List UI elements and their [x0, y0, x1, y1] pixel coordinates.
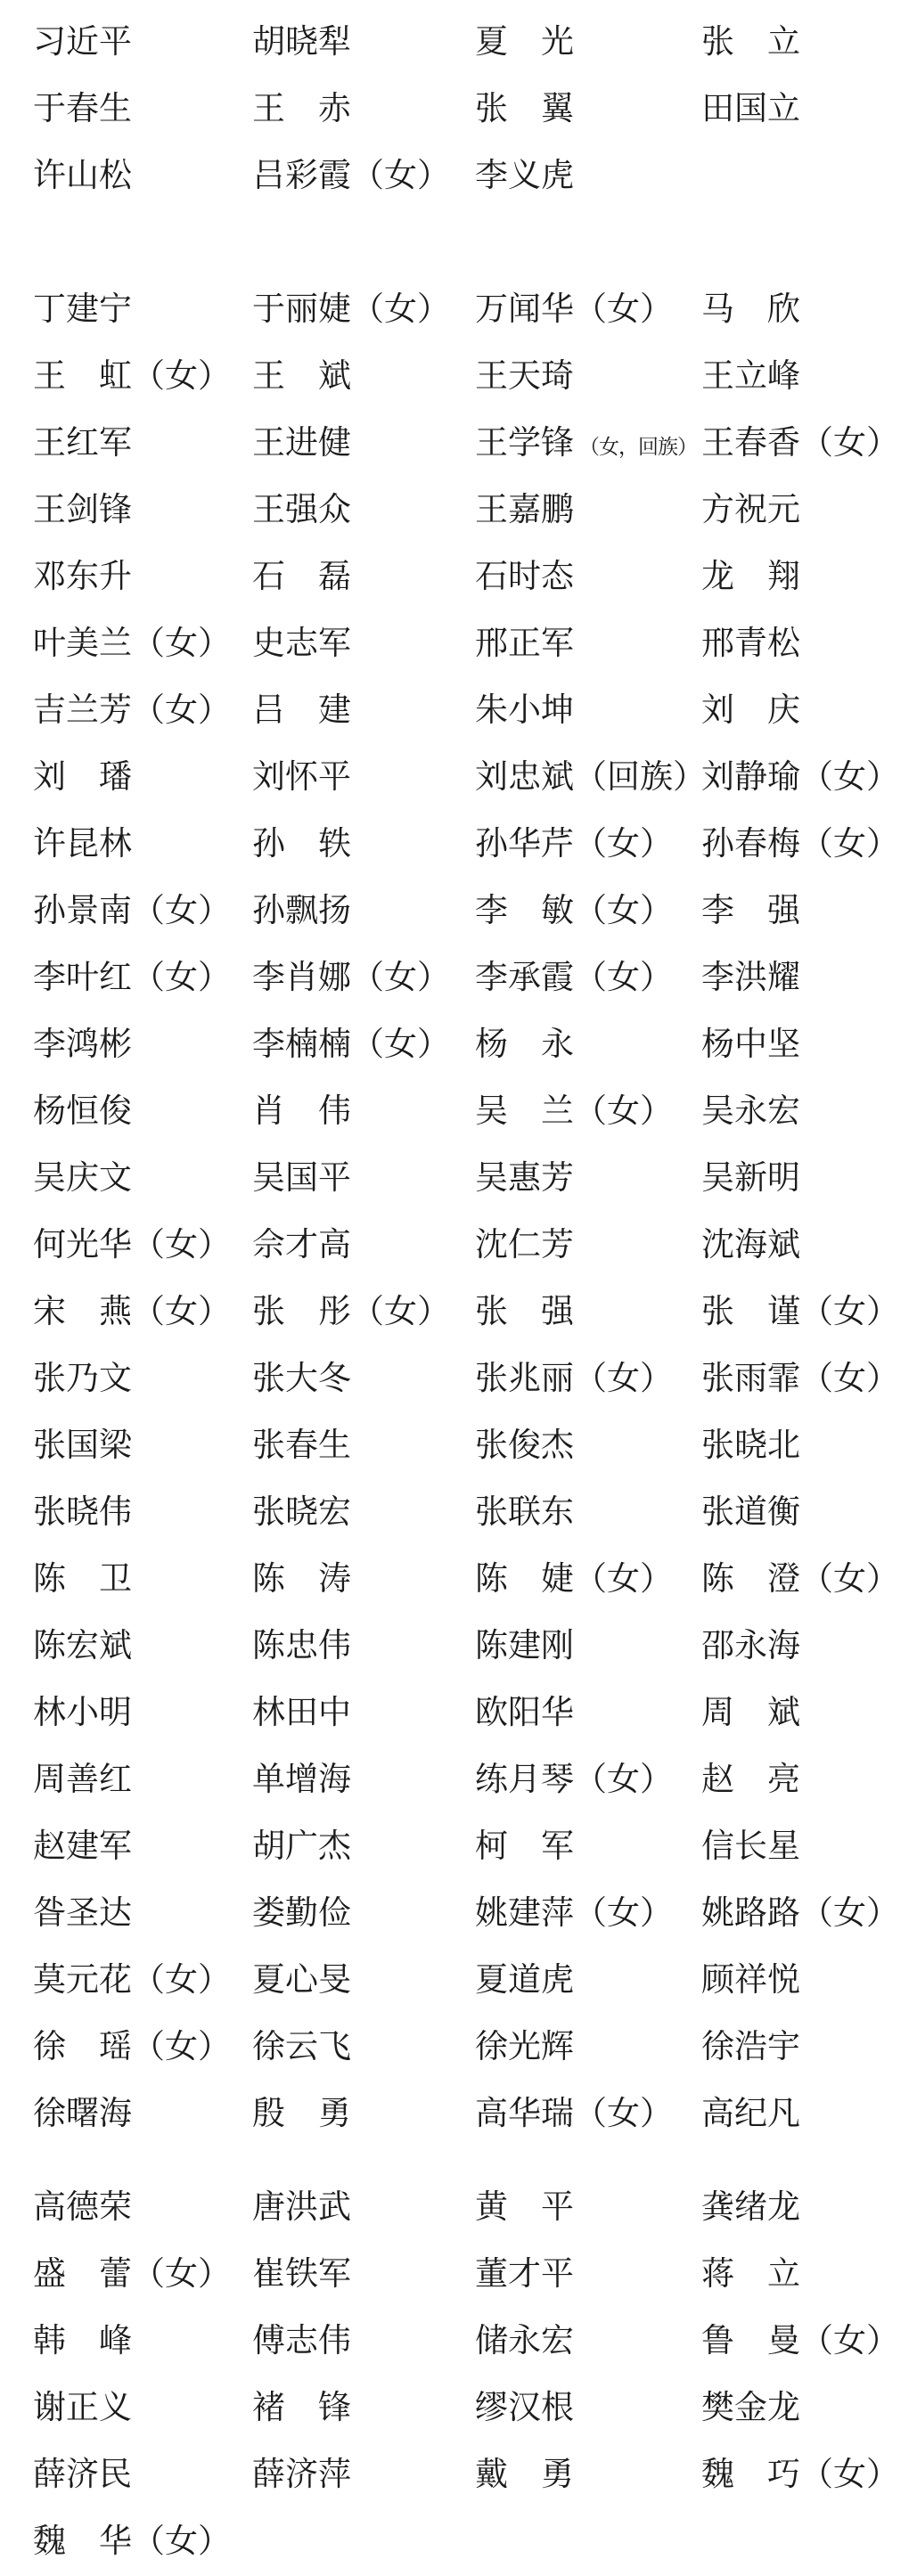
delegate-name: 陈 卫: [33, 1546, 252, 1613]
delegate-name: 佘才高: [252, 1212, 475, 1279]
name-row: 莫元花（女）夏心旻夏道虎顾祥悦: [0, 1947, 917, 2014]
delegate-name: 邢正军: [475, 610, 701, 677]
delegate-name: 宋 燕（女）: [33, 1279, 252, 1345]
name-row: 习近平胡晓犁夏 光张 立: [0, 9, 917, 76]
delegate-name: 方祝元: [701, 477, 917, 544]
name-group-1: 习近平胡晓犁夏 光张 立于春生王 赤张 翼田国立许山松吕彩霞（女）李义虎: [0, 9, 917, 209]
delegate-name: 张 谨（女）: [701, 1279, 917, 1345]
delegate-name: 薛济萍: [252, 2441, 475, 2508]
delegate-name: 吴惠芳: [475, 1145, 701, 1212]
delegate-name: 魏 华（女）: [33, 2508, 252, 2575]
delegate-name: 孙 轶: [252, 811, 475, 878]
name-row: 李叶红（女）李肖娜（女）李承霞（女）李洪耀: [0, 945, 917, 1011]
delegate-name: 林小明: [33, 1680, 252, 1746]
delegate-name: 单增海: [252, 1746, 475, 1813]
delegate-name: 王嘉鹏: [475, 477, 701, 544]
delegate-name: 沈海斌: [701, 1212, 917, 1279]
delegate-name: 杨恒俊: [33, 1078, 252, 1145]
delegate-name: [252, 2508, 475, 2575]
delegate-name: 吴新明: [701, 1145, 917, 1212]
delegate-name: 高华瑞（女）: [475, 2081, 701, 2147]
delegate-name: 邓东升: [33, 544, 252, 610]
name-row: 许昆林孙 轶孙华芹（女）孙春梅（女）: [0, 811, 917, 878]
name-list-page: 习近平胡晓犁夏 光张 立于春生王 赤张 翼田国立许山松吕彩霞（女）李义虎 丁建宁…: [0, 0, 917, 2576]
delegate-name: 戴 勇: [475, 2441, 701, 2508]
delegate-name: 龚绪龙: [701, 2174, 917, 2241]
name-row: 李鸿彬李楠楠（女）杨 永杨中坚: [0, 1011, 917, 1078]
delegate-name: 朱小坤: [475, 677, 701, 744]
delegate-name: 王 虹（女）: [33, 343, 252, 410]
delegate-name: 吕 建: [252, 677, 475, 744]
delegate-name: 张晓宏: [252, 1479, 475, 1546]
delegate-name: 杨 永: [475, 1011, 701, 1078]
delegate-name: 吉兰芳（女）: [33, 677, 252, 744]
name-row: 昝圣达娄勤俭姚建萍（女）姚路路（女）: [0, 1880, 917, 1947]
delegate-name: [701, 143, 917, 209]
delegate-name: 陈建刚: [475, 1613, 701, 1680]
name-row: 叶美兰（女）史志军邢正军邢青松: [0, 610, 917, 677]
delegate-name: 夏道虎: [475, 1947, 701, 2014]
name-row: 高德荣唐洪武黄 平龚绪龙: [0, 2174, 917, 2241]
name-row: 谢正义褚 锋缪汉根樊金龙: [0, 2375, 917, 2441]
name-row: 刘 璠刘怀平刘忠斌（回族）刘静瑜（女）: [0, 744, 917, 811]
delegate-name: 徐 瑶（女）: [33, 2014, 252, 2081]
delegate-name: 张春生: [252, 1412, 475, 1479]
delegate-name: 邢青松: [701, 610, 917, 677]
delegate-name: 夏心旻: [252, 1947, 475, 2014]
delegate-name: 于春生: [33, 76, 252, 143]
delegate-name: 林田中: [252, 1680, 475, 1746]
name-row: 于春生王 赤张 翼田国立: [0, 76, 917, 143]
name-row: 王红军王进健王学锋（女，回族）王春香（女）: [0, 410, 917, 477]
delegate-name: 王剑锋: [33, 477, 252, 544]
delegate-name: 何光华（女）: [33, 1212, 252, 1279]
delegate-name: 褚 锋: [252, 2375, 475, 2441]
name-row: 盛 蕾（女）崔铁军董才平蒋 立: [0, 2241, 917, 2308]
delegate-name: 张道衡: [701, 1479, 917, 1546]
delegate-name: 黄 平: [475, 2174, 701, 2241]
delegate-name: 缪汉根: [475, 2375, 701, 2441]
delegate-name: 李 强: [701, 878, 917, 945]
delegate-name: 邵永海: [701, 1613, 917, 1680]
delegate-name: 张晓伟: [33, 1479, 252, 1546]
delegate-name: 盛 蕾（女）: [33, 2241, 252, 2308]
delegate-name: 田国立: [701, 76, 917, 143]
delegate-name: 许昆林: [33, 811, 252, 878]
delegate-name: 赵 亮: [701, 1746, 917, 1813]
delegate-name: 韩 峰: [33, 2308, 252, 2375]
delegate-name: 王红军: [33, 410, 252, 477]
name-row: 张乃文张大冬张兆丽（女）张雨霏（女）: [0, 1345, 917, 1412]
delegate-name: 顾祥悦: [701, 1947, 917, 2014]
delegate-name: 殷 勇: [252, 2081, 475, 2147]
delegate-name: 张 彤（女）: [252, 1279, 475, 1345]
delegate-name: 孙春梅（女）: [701, 811, 917, 878]
delegate-name: 昝圣达: [33, 1880, 252, 1947]
delegate-name: 杨中坚: [701, 1011, 917, 1078]
delegate-name: 信长星: [701, 1813, 917, 1880]
delegate-name: 薛济民: [33, 2441, 252, 2508]
delegate-name: 欧阳华: [475, 1680, 701, 1746]
delegate-name: 傅志伟: [252, 2308, 475, 2375]
delegate-name: 周 斌: [701, 1680, 917, 1746]
delegate-name: 吕彩霞（女）: [252, 143, 475, 209]
name-row: 林小明林田中欧阳华周 斌: [0, 1680, 917, 1746]
delegate-name: 孙华芹（女）: [475, 811, 701, 878]
delegate-name: 胡广杰: [252, 1813, 475, 1880]
delegate-name: 徐云飞: [252, 2014, 475, 2081]
delegate-name: 习近平: [33, 9, 252, 76]
name-row: 何光华（女）佘才高沈仁芳沈海斌: [0, 1212, 917, 1279]
delegate-name: 沈仁芳: [475, 1212, 701, 1279]
delegate-name: 高纪凡: [701, 2081, 917, 2147]
name-row: 丁建宁于丽婕（女）万闻华（女）马 欣: [0, 276, 917, 343]
delegate-name: 李鸿彬: [33, 1011, 252, 1078]
delegate-name: 蒋 立: [701, 2241, 917, 2308]
delegate-name: 王 斌: [252, 343, 475, 410]
delegate-name: 柯 军: [475, 1813, 701, 1880]
delegate-name: 董才平: [475, 2241, 701, 2308]
delegate-name: 张联东: [475, 1479, 701, 1546]
name-group-3: 高德荣唐洪武黄 平龚绪龙盛 蕾（女）崔铁军董才平蒋 立韩 峰傅志伟储永宏鲁 曼（…: [0, 2174, 917, 2575]
name-row: 徐 瑶（女）徐云飞徐光辉徐浩宇: [0, 2014, 917, 2081]
delegate-name: 于丽婕（女）: [252, 276, 475, 343]
delegate-name: 石 磊: [252, 544, 475, 610]
delegate-name: [475, 2508, 701, 2575]
name-row: 许山松吕彩霞（女）李义虎: [0, 143, 917, 209]
delegate-name: 王学锋（女，回族）: [475, 410, 701, 477]
delegate-name: 徐曙海: [33, 2081, 252, 2147]
delegate-name: 练月琴（女）: [475, 1746, 701, 1813]
delegate-name: 胡晓犁: [252, 9, 475, 76]
delegate-name: 陈 涛: [252, 1546, 475, 1613]
delegate-name: 许山松: [33, 143, 252, 209]
name-row: 王剑锋王强众王嘉鹏方祝元: [0, 477, 917, 544]
delegate-name: 李肖娜（女）: [252, 945, 475, 1011]
delegate-name: 李义虎: [475, 143, 701, 209]
delegate-name: 张大冬: [252, 1345, 475, 1412]
delegate-name: 张乃文: [33, 1345, 252, 1412]
delegate-name: 陈忠伟: [252, 1613, 475, 1680]
name-row: 韩 峰傅志伟储永宏鲁 曼（女）: [0, 2308, 917, 2375]
delegate-name: 王进健: [252, 410, 475, 477]
delegate-name: 王春香（女）: [701, 410, 917, 477]
delegate-name: 王强众: [252, 477, 475, 544]
delegate-name: 高德荣: [33, 2174, 252, 2241]
name-row: 赵建军胡广杰柯 军信长星: [0, 1813, 917, 1880]
delegate-name: 张晓北: [701, 1412, 917, 1479]
delegate-name: 陈 澄（女）: [701, 1546, 917, 1613]
delegate-name: 王 赤: [252, 76, 475, 143]
delegate-name: 刘忠斌（回族）: [475, 744, 701, 811]
delegate-name: 刘 庆: [701, 677, 917, 744]
delegate-name: 吴国平: [252, 1145, 475, 1212]
name-row: 陈 卫陈 涛陈 婕（女）陈 澄（女）: [0, 1546, 917, 1613]
delegate-name: 孙景南（女）: [33, 878, 252, 945]
delegate-name: 刘静瑜（女）: [701, 744, 917, 811]
gender-ethnic-note: （女，回族）: [579, 436, 697, 458]
delegate-name: 李 敏（女）: [475, 878, 701, 945]
delegate-name: 石时态: [475, 544, 701, 610]
name-row: 吴庆文吴国平吴惠芳吴新明: [0, 1145, 917, 1212]
delegate-name: 魏 巧（女）: [701, 2441, 917, 2508]
delegate-name: 李楠楠（女）: [252, 1011, 475, 1078]
delegate-name: 张兆丽（女）: [475, 1345, 701, 1412]
delegate-name: 叶美兰（女）: [33, 610, 252, 677]
delegate-name: 吴庆文: [33, 1145, 252, 1212]
name-row: 邓东升石 磊石时态龙 翔: [0, 544, 917, 610]
delegate-name: 刘怀平: [252, 744, 475, 811]
name-row: 薛济民薛济萍戴 勇魏 巧（女）: [0, 2441, 917, 2508]
delegate-name: 姚路路（女）: [701, 1880, 917, 1947]
delegate-name: 张 强: [475, 1279, 701, 1345]
delegate-name: 崔铁军: [252, 2241, 475, 2308]
delegate-name: 李叶红（女）: [33, 945, 252, 1011]
delegate-name: 吴永宏: [701, 1078, 917, 1145]
delegate-name: 马 欣: [701, 276, 917, 343]
name-row: 杨恒俊肖 伟吴 兰（女）吴永宏: [0, 1078, 917, 1145]
delegate-name: 史志军: [252, 610, 475, 677]
delegate-name: 王立峰: [701, 343, 917, 410]
delegate-name: 李承霞（女）: [475, 945, 701, 1011]
name-group-2: 丁建宁于丽婕（女）万闻华（女）马 欣王 虹（女）王 斌王天琦王立峰王红军王进健王…: [0, 276, 917, 2147]
name-row: 徐曙海殷 勇高华瑞（女）高纪凡: [0, 2081, 917, 2147]
name-row: 宋 燕（女）张 彤（女）张 强张 谨（女）: [0, 1279, 917, 1345]
name-row: 张国梁张春生张俊杰张晓北: [0, 1412, 917, 1479]
delegate-name: 肖 伟: [252, 1078, 475, 1145]
delegate-name: 陈 婕（女）: [475, 1546, 701, 1613]
delegate-name: 张国梁: [33, 1412, 252, 1479]
delegate-name: 姚建萍（女）: [475, 1880, 701, 1947]
delegate-name: 张雨霏（女）: [701, 1345, 917, 1412]
delegate-name: [701, 2508, 917, 2575]
delegate-name: 龙 翔: [701, 544, 917, 610]
delegate-name: 陈宏斌: [33, 1613, 252, 1680]
delegate-name: 万闻华（女）: [475, 276, 701, 343]
delegate-name: 徐浩宇: [701, 2014, 917, 2081]
delegate-name: 王天琦: [475, 343, 701, 410]
delegate-name: 赵建军: [33, 1813, 252, 1880]
name-row: 周善红单增海练月琴（女）赵 亮: [0, 1746, 917, 1813]
delegate-name: 储永宏: [475, 2308, 701, 2375]
delegate-name: 娄勤俭: [252, 1880, 475, 1947]
delegate-name: 吴 兰（女）: [475, 1078, 701, 1145]
delegate-name: 鲁 曼（女）: [701, 2308, 917, 2375]
name-row: 张晓伟张晓宏张联东张道衡: [0, 1479, 917, 1546]
delegate-name: 张 翼: [475, 76, 701, 143]
delegate-name: 张俊杰: [475, 1412, 701, 1479]
delegate-name: 孙飘扬: [252, 878, 475, 945]
delegate-name: 徐光辉: [475, 2014, 701, 2081]
delegate-name: 张 立: [701, 9, 917, 76]
name-row: 孙景南（女）孙飘扬李 敏（女）李 强: [0, 878, 917, 945]
delegate-name: 樊金龙: [701, 2375, 917, 2441]
delegate-name: 谢正义: [33, 2375, 252, 2441]
delegate-name: 周善红: [33, 1746, 252, 1813]
delegate-name: 唐洪武: [252, 2174, 475, 2241]
delegate-name: 刘 璠: [33, 744, 252, 811]
name-row: 吉兰芳（女）吕 建朱小坤刘 庆: [0, 677, 917, 744]
name-row: 陈宏斌陈忠伟陈建刚邵永海: [0, 1613, 917, 1680]
delegate-name: 夏 光: [475, 9, 701, 76]
delegate-name: 李洪耀: [701, 945, 917, 1011]
delegate-name: 莫元花（女）: [33, 1947, 252, 2014]
name-row: 魏 华（女）: [0, 2508, 917, 2575]
delegate-name: 丁建宁: [33, 276, 252, 343]
name-row: 王 虹（女）王 斌王天琦王立峰: [0, 343, 917, 410]
